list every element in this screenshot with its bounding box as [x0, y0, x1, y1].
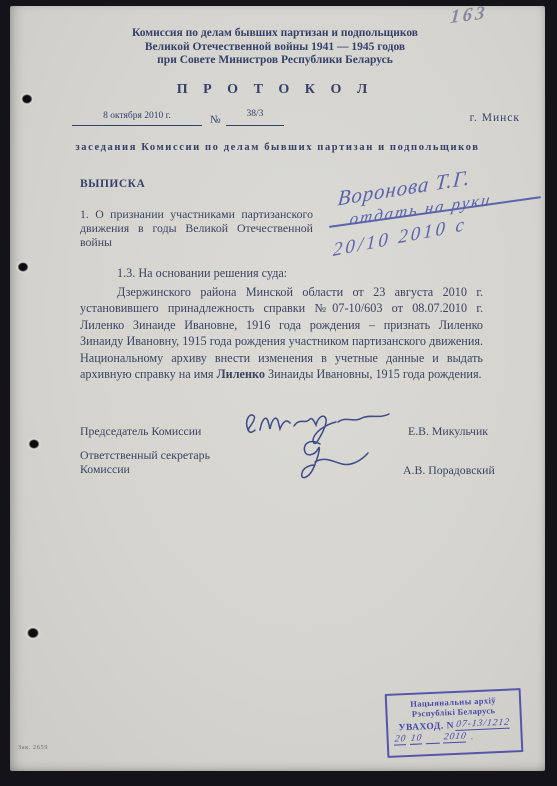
decision-text-end: Зинаиды Ивановны, 1915 года рождения.: [265, 367, 482, 381]
chairman-label: Председатель Комиссии: [80, 424, 201, 439]
secretary-name: А.В. Порадовский: [403, 463, 495, 478]
sub-item-1-3: 1.3. На основании решения суда:: [80, 266, 482, 281]
secretary-label-line2: Комиссии: [80, 463, 240, 477]
org-line-2: Великой Отечественной войны 1941 — 1945 …: [65, 41, 485, 55]
archive-entry-stamp: Нацыянальны архіў Рэспублікі Беларусь УВ…: [385, 688, 524, 758]
decision-surname-bold: Лиленко: [217, 367, 265, 381]
stamp-date-month: 10: [409, 733, 422, 745]
decision-paragraph: Дзержинского района Минской области от 2…: [80, 284, 483, 382]
hole-punch: [17, 90, 37, 108]
secretary-label-line1: Ответственный секретарь: [80, 449, 240, 463]
number-underline: [226, 125, 284, 126]
document-title: П Р О Т О К О Л: [65, 82, 485, 98]
stamp-date-blank-line: [426, 743, 440, 745]
date-underline: [72, 125, 202, 126]
agenda-item-1: 1. О признании участниками партизанского…: [80, 207, 313, 250]
hole-punch: [24, 435, 44, 453]
secretary-signature-ink: [288, 436, 372, 484]
handwritten-note: Воронова Т.Г. отдать на руки 20/10 2010 …: [336, 150, 557, 255]
page-number-handwritten: 163: [449, 0, 530, 29]
stamp-date-year: 2010: [443, 731, 467, 743]
number-sign: №: [210, 114, 221, 126]
document-subtitle: заседания Комиссии по делам бывших парти…: [40, 142, 515, 153]
stamp-date-period: .: [470, 732, 473, 742]
scanned-page: 163 Комиссия по делам бывших партизан и …: [10, 6, 545, 771]
date-number-row: 8 октября 2010 г. № 38/3 г. Минск: [10, 106, 545, 130]
chairman-name: Е.В. Микульчик: [408, 424, 488, 439]
hole-punch: [13, 258, 33, 276]
document-number: 38/3: [226, 109, 284, 119]
document-date: 8 октября 2010 г.: [72, 111, 202, 121]
stamp-date-day: 20: [394, 734, 407, 746]
org-line-1: Комиссия по делам бывших партизан и подп…: [65, 27, 485, 41]
city-label: г. Минск: [405, 112, 520, 124]
print-order-number: Зак. 2659: [18, 744, 48, 751]
extract-label: ВЫПИСКА: [80, 178, 145, 190]
organization-header: Комиссия по делам бывших партизан и подп…: [65, 27, 485, 68]
secretary-label: Ответственный секретарь Комиссии: [80, 449, 240, 476]
org-line-3: при Совете Министров Республики Беларусь: [65, 54, 485, 68]
hole-punch: [22, 623, 44, 643]
scan-background: { "page": { "page_number": "163", "print…: [0, 0, 557, 786]
